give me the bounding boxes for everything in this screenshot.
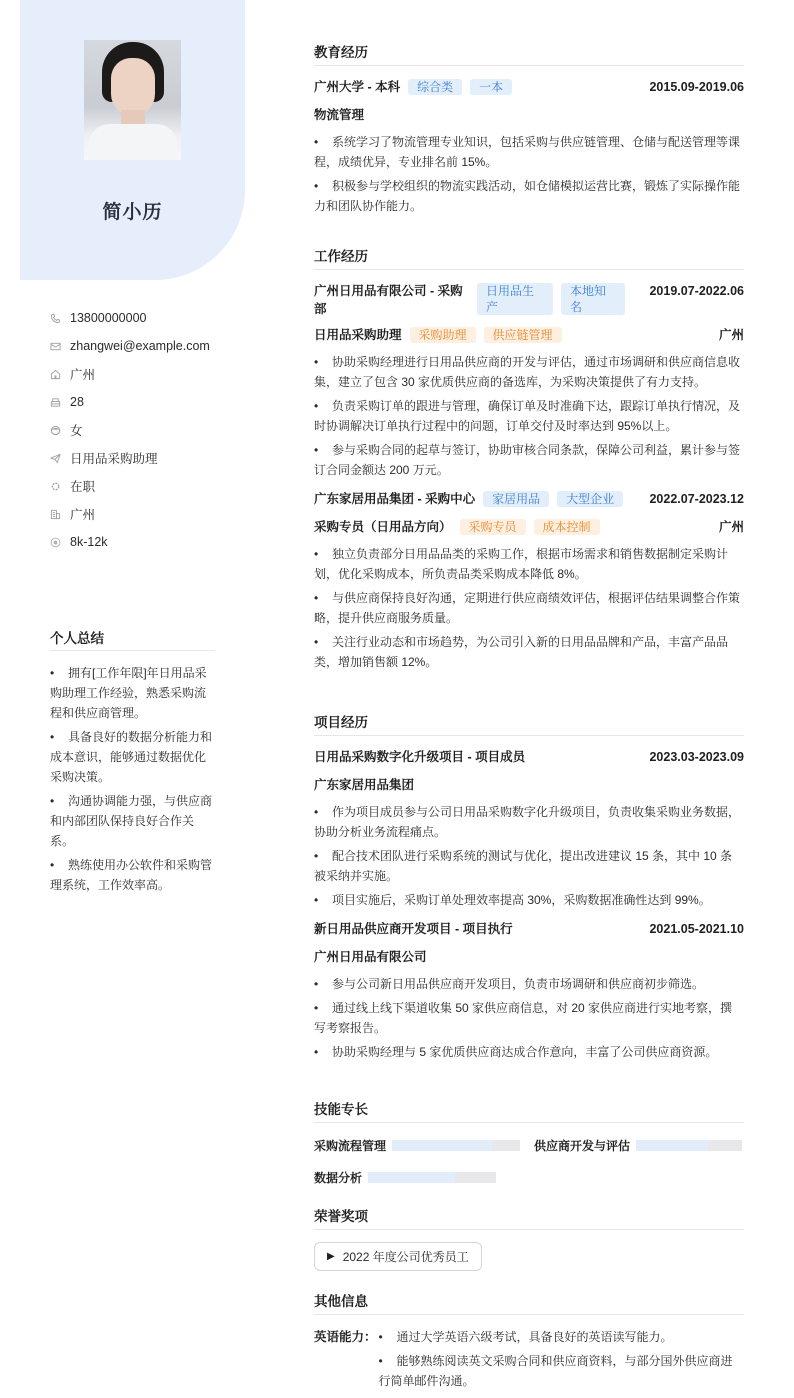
contact-email: zhangwei@example.com bbox=[50, 332, 250, 360]
project-entry: 新日用品供应商开发项目 - 项目执行 2021.05-2021.10 广州日用品… bbox=[314, 920, 744, 1062]
work-bullet: 协助采购经理进行日用品供应商的开发与评估，通过市场调研和供应商信息收集，建立了包… bbox=[314, 352, 744, 392]
award-item-toggle[interactable]: ▶ 2022 年度公司优秀员工 bbox=[314, 1242, 482, 1271]
education-date: 2015.09-2019.06 bbox=[649, 78, 744, 96]
company-tag: 本地知名 bbox=[561, 283, 625, 315]
projects-title: 项目经历 bbox=[314, 711, 744, 736]
english-bullet: 能够熟练阅读英文采购合同和供应商资料，与部分国外供应商进行简单邮件沟通。 bbox=[379, 1351, 744, 1391]
gender-icon bbox=[50, 425, 61, 436]
expand-triangle-icon: ▶ bbox=[327, 1251, 335, 1262]
contact-city: 广州 bbox=[50, 500, 250, 528]
school-tag: 一本 bbox=[470, 79, 512, 95]
contact-salary: 8k-12k bbox=[50, 528, 250, 556]
work-location: 广州 bbox=[719, 518, 744, 536]
school-tag: 综合类 bbox=[408, 79, 462, 95]
salary-icon bbox=[50, 537, 61, 548]
project-org: 广东家居用品集团 bbox=[314, 776, 744, 794]
work-date: 2019.07-2022.06 bbox=[649, 282, 744, 300]
position: 采购专员（日用品方向） bbox=[314, 518, 452, 536]
education-title: 教育经历 bbox=[314, 41, 744, 66]
mail-icon bbox=[50, 341, 61, 352]
contact-gender: 女 bbox=[50, 416, 250, 444]
education-section: 教育经历 广州大学 - 本科 综合类 一本 2015.09-2019.06 物流… bbox=[314, 41, 744, 220]
project-entry: 日用品采购数字化升级项目 - 项目成员 2023.03-2023.09 广东家居… bbox=[314, 748, 744, 910]
summary-item: 具备良好的数据分析能力和成本意识，能够通过数据优化采购决策。 bbox=[50, 727, 215, 787]
profile-name: 简小历 bbox=[20, 197, 245, 224]
work-section: 工作经历 广州日用品有限公司 - 采购部 日用品生产 本地知名 2019.07-… bbox=[314, 245, 744, 676]
company-tag: 日用品生产 bbox=[477, 283, 553, 315]
work-bullet: 负责采购订单的跟进与管理，确保订单及时准确下达，跟踪订单执行情况，及时协调解决订… bbox=[314, 396, 744, 436]
projects-section: 项目经历 日用品采购数字化升级项目 - 项目成员 2023.03-2023.09… bbox=[314, 711, 744, 1066]
project-bullet: 作为项目成员参与公司日用品采购数字化升级项目，负责收集采购业务数据，协助分析业务… bbox=[314, 802, 744, 842]
project-bullet: 协助采购经理与 5 家优质供应商达成合作意向，丰富了公司供应商资源。 bbox=[314, 1042, 744, 1062]
education-entry-header: 广州大学 - 本科 综合类 一本 2015.09-2019.06 bbox=[314, 78, 744, 96]
summary-section: 个人总结 拥有[工作年限]年日用品采购助理工作经验，熟悉采购流程和供应商管理。 … bbox=[50, 627, 215, 899]
skill-bar bbox=[368, 1172, 496, 1183]
summary-item: 熟练使用办公软件和采购管理系统，工作效率高。 bbox=[50, 855, 215, 895]
position-tag: 供应链管理 bbox=[484, 327, 562, 343]
job-intent-icon bbox=[50, 453, 61, 464]
position: 日用品采购助理 bbox=[314, 326, 402, 344]
company-name: 广东家居用品集团 - 采购中心 bbox=[314, 490, 475, 508]
summary-item: 沟通协调能力强，与供应商和内部团队保持良好合作关系。 bbox=[50, 791, 215, 851]
major: 物流管理 bbox=[314, 106, 744, 124]
awards-section: 荣誉奖项 ▶ 2022 年度公司优秀员工 bbox=[314, 1205, 744, 1271]
skills-section: 技能专长 采购流程管理 供应商开发与评估 数据分析 bbox=[314, 1098, 744, 1187]
skill-name: 采购流程管理 bbox=[314, 1137, 386, 1154]
contact-age: 28 bbox=[50, 388, 250, 416]
status-icon bbox=[50, 481, 61, 492]
skill-name: 数据分析 bbox=[314, 1169, 362, 1186]
work-bullet: 参与采购合同的起草与签订，协助审核合同条款，保障公司利益，累计参与签订合同金额达… bbox=[314, 440, 744, 480]
education-bullet: 积极参与学校组织的物流实践活动，如仓储模拟运营比赛，锻炼了实际操作能力和团队协作… bbox=[314, 176, 744, 216]
project-bullet: 项目实施后，采购订单处理效率提高 30%，采购数据准确性达到 99%。 bbox=[314, 890, 744, 910]
work-date: 2022.07-2023.12 bbox=[649, 490, 744, 508]
profile-card: 简小历 bbox=[20, 0, 245, 280]
project-bullet: 配合技术团队进行采购系统的测试与优化，提出改进建议 15 条，其中 10 条被采… bbox=[314, 846, 744, 886]
work-title: 工作经历 bbox=[314, 245, 744, 270]
skill-bar bbox=[636, 1140, 742, 1151]
project-bullet: 参与公司新日用品供应商开发项目，负责市场调研和供应商初步筛选。 bbox=[314, 974, 744, 994]
work-bullet: 关注行业动态和市场趋势，为公司引入新的日用品品牌和产品，丰富产品品类，增加销售额… bbox=[314, 632, 744, 672]
skills-title: 技能专长 bbox=[314, 1098, 744, 1123]
contact-status: 在职 bbox=[50, 472, 250, 500]
project-bullet: 通过线上线下渠道收集 50 家供应商信息，对 20 家供应商进行实地考察，撰写考… bbox=[314, 998, 744, 1038]
work-entry: 广东家居用品集团 - 采购中心 家居用品 大型企业 2022.07-2023.1… bbox=[314, 490, 744, 672]
contact-list: 13800000000 zhangwei@example.com 广州 28 女… bbox=[50, 304, 250, 556]
avatar bbox=[84, 40, 181, 160]
other-section: 其他信息 英语能力： 通过大学英语六级考试，具备良好的英语读写能力。 能够熟练阅… bbox=[314, 1290, 744, 1395]
english-label: 英语能力： bbox=[314, 1327, 377, 1347]
work-location: 广州 bbox=[719, 326, 744, 344]
company-tag: 家居用品 bbox=[483, 491, 549, 507]
position-tag: 采购助理 bbox=[410, 327, 476, 343]
other-title: 其他信息 bbox=[314, 1290, 744, 1315]
work-bullet: 与供应商保持良好沟通，定期进行供应商绩效评估，根据评估结果调整合作策略，提升供应… bbox=[314, 588, 744, 628]
education-bullet: 系统学习了物流管理专业知识，包括采购与供应链管理、仓储与配送管理等课程，成绩优异… bbox=[314, 132, 744, 172]
company-name: 广州日用品有限公司 - 采购部 bbox=[314, 282, 469, 318]
work-entry: 广州日用品有限公司 - 采购部 日用品生产 本地知名 2019.07-2022.… bbox=[314, 282, 744, 480]
home-icon bbox=[50, 369, 61, 380]
contact-job-intent: 日用品采购助理 bbox=[50, 444, 250, 472]
school-name: 广州大学 - 本科 bbox=[314, 78, 400, 96]
awards-title: 荣誉奖项 bbox=[314, 1205, 744, 1230]
project-name: 日用品采购数字化升级项目 - 项目成员 bbox=[314, 748, 525, 766]
position-tag: 采购专员 bbox=[460, 519, 526, 535]
work-bullet: 独立负责部分日用品品类的采购工作，根据市场需求和销售数据制定采购计划，优化采购成… bbox=[314, 544, 744, 584]
skill-name: 供应商开发与评估 bbox=[534, 1137, 630, 1154]
project-date: 2023.03-2023.09 bbox=[649, 748, 744, 766]
summary-title: 个人总结 bbox=[50, 627, 215, 651]
contact-phone: 13800000000 bbox=[50, 304, 250, 332]
age-icon bbox=[50, 397, 61, 408]
summary-item: 拥有[工作年限]年日用品采购助理工作经验，熟悉采购流程和供应商管理。 bbox=[50, 663, 215, 723]
city-icon bbox=[50, 509, 61, 520]
company-tag: 大型企业 bbox=[557, 491, 623, 507]
project-name: 新日用品供应商开发项目 - 项目执行 bbox=[314, 920, 513, 938]
phone-icon bbox=[50, 313, 61, 324]
english-bullet: 通过大学英语六级考试，具备良好的英语读写能力。 bbox=[379, 1327, 744, 1347]
contact-home: 广州 bbox=[50, 360, 250, 388]
sidebar: 简小历 13800000000 zhangwei@example.com 广州 … bbox=[0, 0, 260, 1398]
position-tag: 成本控制 bbox=[534, 519, 600, 535]
project-org: 广州日用品有限公司 bbox=[314, 948, 744, 966]
project-date: 2021.05-2021.10 bbox=[649, 920, 744, 938]
skill-bar bbox=[392, 1140, 520, 1151]
award-label: 2022 年度公司优秀员工 bbox=[343, 1248, 469, 1265]
